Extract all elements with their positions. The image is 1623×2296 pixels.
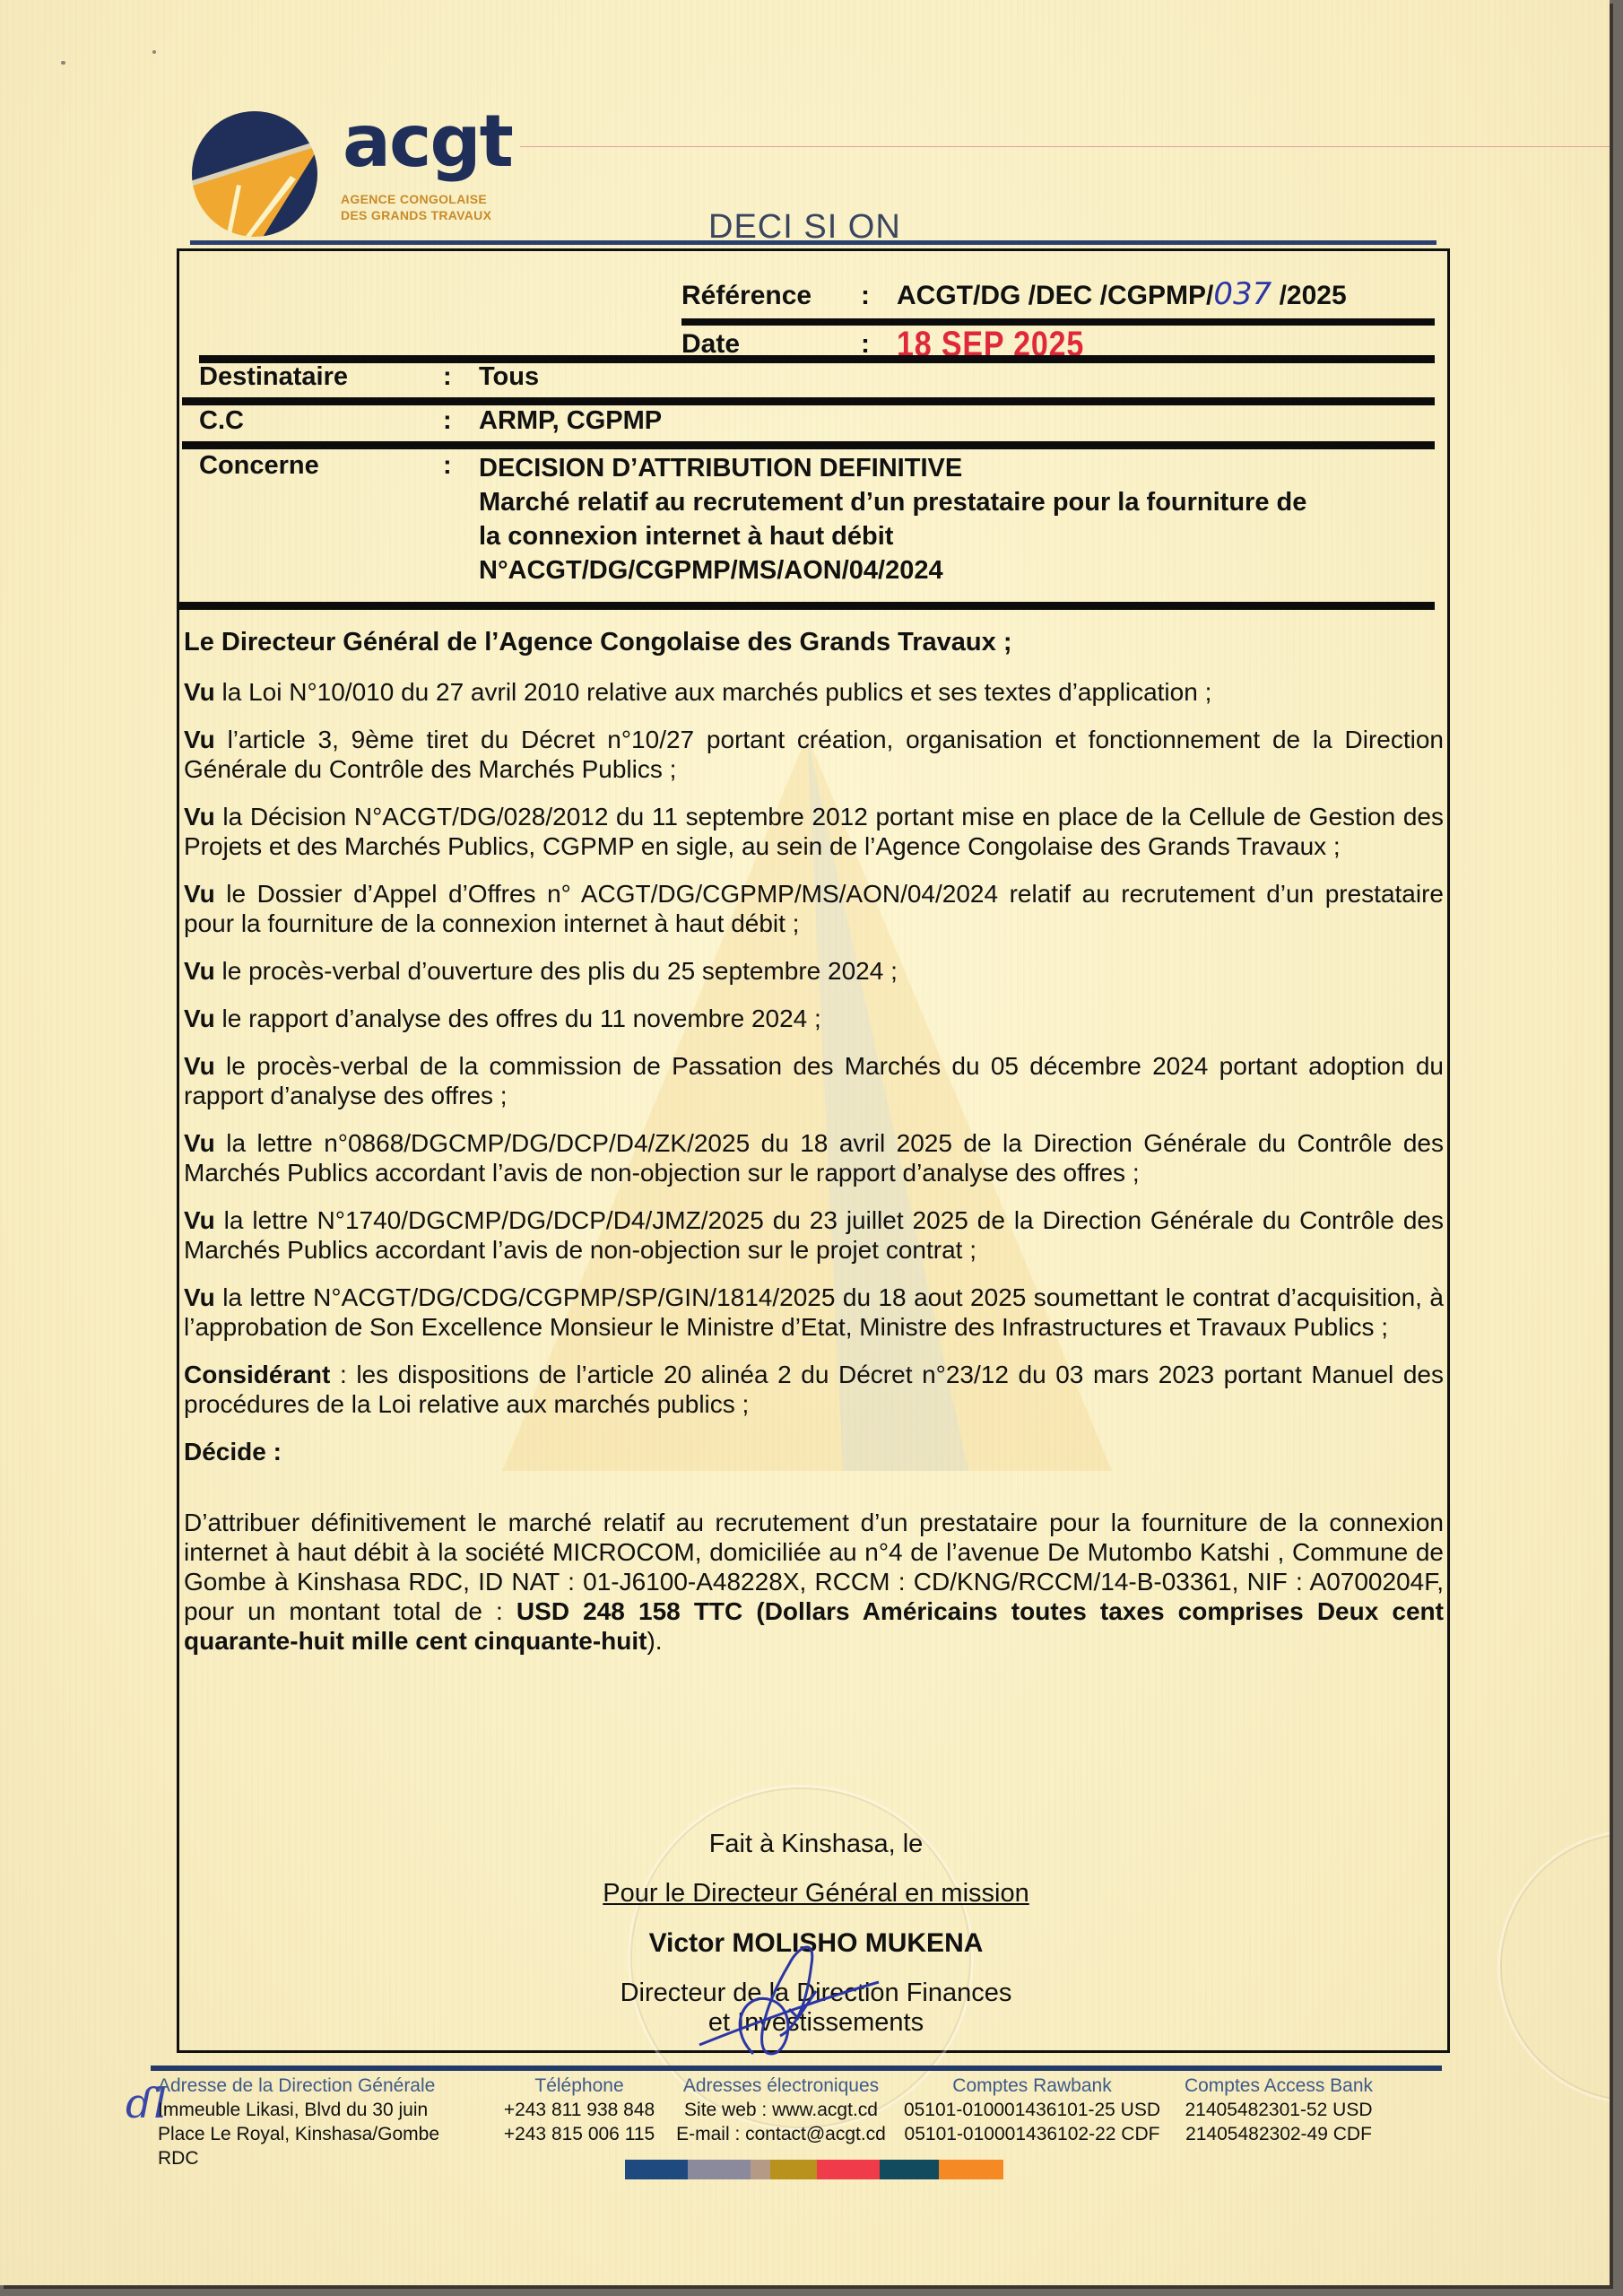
- color-swatch: [688, 2160, 751, 2179]
- color-swatch: [817, 2160, 880, 2179]
- separator: :: [443, 362, 479, 392]
- subject-line: la connexion internet à haut débit: [479, 519, 1435, 553]
- visa-paragraph: Vu la Loi N°10/010 du 27 avril 2010 rela…: [184, 677, 1444, 707]
- reference-value: ACGT/DG /DEC /CGPMP/037 /2025: [897, 276, 1435, 312]
- footer-phone-number[interactable]: +243 815 006 115: [485, 2122, 673, 2146]
- divider: [182, 441, 1435, 449]
- visa-lead: Vu: [184, 1004, 215, 1032]
- visa-lead: Vu: [184, 726, 215, 753]
- document-page: acgt AGENCE CONGOLAISE DES GRANDS TRAVAU…: [0, 0, 1610, 2285]
- footer-email-link[interactable]: E-mail : contact@acgt.cd: [673, 2122, 889, 2146]
- signature-on-behalf: Pour le Directeur Général en mission: [502, 1879, 1130, 1909]
- reference-block: Référence : ACGT/DG /DEC /CGPMP/037 /202…: [681, 276, 1435, 319]
- subject-row: Concerne: DECISION D’ATTRIBUTION DEFINIT…: [199, 451, 1435, 587]
- logo-subtitle-line: DES GRANDS TRAVAUX: [341, 207, 491, 223]
- color-swatch: [939, 2160, 1003, 2179]
- header-hairline: [520, 146, 1610, 147]
- footer-heading: Téléphone: [485, 2074, 673, 2098]
- embossed-seal: [1497, 1830, 1610, 2104]
- footer-line: Immeuble Likasi, Blvd du 30 juin: [158, 2098, 485, 2122]
- visa-paragraph: Considérant : les dispositions de l’arti…: [184, 1360, 1444, 1419]
- visa-paragraph: Vu le procès-verbal de la commission de …: [184, 1051, 1444, 1110]
- visa-lead: Vu: [184, 1206, 215, 1234]
- footer-account: 21405482302-49 CDF: [1176, 2122, 1382, 2146]
- footer-heading: Adresses électroniques: [673, 2074, 889, 2098]
- visa-text: la lettre N°ACGT/DG/CDG/CGPMP/SP/GIN/181…: [184, 1283, 1444, 1341]
- visa-lead: Vu: [184, 1129, 215, 1157]
- decide-label: Décide :: [184, 1437, 1444, 1466]
- visa-paragraph: Vu la Décision N°ACGT/DG/028/2012 du 11 …: [184, 802, 1444, 861]
- footer-heading: Adresse de la Direction Générale: [158, 2074, 485, 2098]
- subject-value: DECISION D’ATTRIBUTION DEFINITIVE Marché…: [479, 451, 1435, 587]
- visa-lead: Vu: [184, 1283, 215, 1311]
- logo-subtitle: AGENCE CONGOLAISE DES GRANDS TRAVAUX: [341, 191, 491, 223]
- subject-label: Concerne: [199, 451, 443, 587]
- visa-paragraph: Vu l’article 3, 9ème tiret du Décret n°1…: [184, 725, 1444, 784]
- visa-text: la Décision N°ACGT/DG/028/2012 du 11 sep…: [184, 803, 1444, 860]
- issuer-intro: Le Directeur Général de l’Agence Congola…: [184, 628, 1444, 657]
- visa-paragraph: Vu la lettre N°ACGT/DG/CDG/CGPMP/SP/GIN/…: [184, 1283, 1444, 1342]
- recipient-value: Tous: [479, 362, 1435, 392]
- visa-lead: Considérant: [184, 1361, 330, 1388]
- visa-text: la lettre N°1740/DGCMP/DG/DCP/D4/JMZ/202…: [184, 1206, 1444, 1264]
- footer-account: 21405482301-52 USD: [1176, 2098, 1382, 2122]
- header-rule: [190, 240, 1436, 245]
- separator: :: [861, 281, 897, 311]
- paper-speck: [61, 61, 65, 65]
- reference-suffix: /2025: [1271, 281, 1346, 310]
- visa-lead: Vu: [184, 880, 215, 908]
- reference-number-handwritten: 037: [1213, 276, 1271, 312]
- cc-value: ARMP, CGPMP: [479, 406, 1435, 436]
- reference-row: Référence : ACGT/DG /DEC /CGPMP/037 /202…: [681, 276, 1435, 319]
- subject-line: DECISION D’ATTRIBUTION DEFINITIVE: [479, 451, 1435, 485]
- footer-rawbank: Comptes Rawbank 05101-010001436101-25 US…: [889, 2074, 1176, 2170]
- subject-line: N°ACGT/DG/CGPMP/MS/AON/04/2024: [479, 553, 1435, 587]
- acgt-logo: acgt AGENCE CONGOLAISE DES GRANDS TRAVAU…: [190, 106, 513, 240]
- visa-lead: Vu: [184, 678, 215, 706]
- footer-account: 05101-010001436102-22 CDF: [889, 2122, 1176, 2146]
- visa-text: le procès-verbal d’ouverture des plis du…: [215, 957, 898, 985]
- visa-paragraph: Vu la lettre N°1740/DGCMP/DG/DCP/D4/JMZ/…: [184, 1205, 1444, 1265]
- visa-text: le Dossier d’Appel d’Offres n° ACGT/DG/C…: [184, 880, 1444, 937]
- footer-address: Adresse de la Direction Générale Immeubl…: [154, 2074, 485, 2170]
- visa-text: l’article 3, 9ème tiret du Décret n°10/2…: [184, 726, 1444, 783]
- visa-lead: Vu: [184, 957, 215, 985]
- subject-line: Marché relatif au recrutement d’un prest…: [479, 485, 1435, 519]
- decision-text: D’attribuer définitivement le marché rel…: [184, 1508, 1444, 1656]
- color-swatch: [751, 2160, 770, 2179]
- decision-end: ).: [647, 1627, 662, 1655]
- reference-label: Référence: [681, 281, 861, 311]
- footer-phone: Téléphone +243 811 938 848 +243 815 006 …: [485, 2074, 673, 2170]
- recipient-row: Destinataire:Tous: [199, 362, 1435, 392]
- recipient-label: Destinataire: [199, 362, 443, 392]
- visa-lead: Vu: [184, 1052, 215, 1080]
- cc-label: C.C: [199, 406, 443, 436]
- handwritten-signature-icon: [690, 1928, 888, 2063]
- visa-text: le procès-verbal de la commission de Pas…: [184, 1052, 1444, 1109]
- cc-row: C.C:ARMP, CGPMP: [199, 406, 1435, 436]
- visa-text: la Loi N°10/010 du 27 avril 2010 relativ…: [215, 678, 1212, 706]
- footer-heading: Comptes Access Bank: [1176, 2074, 1382, 2098]
- divider: [182, 397, 1435, 405]
- footer-heading: Comptes Rawbank: [889, 2074, 1176, 2098]
- visa-text: le rapport d’analyse des offres du 11 no…: [215, 1004, 821, 1032]
- color-swatch: [625, 2160, 688, 2179]
- logo-wordmark: acgt: [343, 106, 512, 178]
- visa-paragraph: Vu le procès-verbal d’ouverture des plis…: [184, 956, 1444, 986]
- separator: :: [443, 451, 479, 587]
- footer-electronic: Adresses électroniques Site web : www.ac…: [673, 2074, 889, 2170]
- footer-phone-number[interactable]: +243 811 938 848: [485, 2098, 673, 2122]
- footer-rule: [151, 2066, 1442, 2071]
- visa-text: la lettre n°0868/DGCMP/DG/DCP/D4/ZK/2025…: [184, 1129, 1444, 1187]
- acgt-logo-mark-icon: [190, 106, 320, 239]
- color-swatch: [770, 2160, 817, 2179]
- footer-account: 05101-010001436101-25 USD: [889, 2098, 1176, 2122]
- paper-speck: [152, 50, 156, 54]
- visa-paragraph: Vu la lettre n°0868/DGCMP/DG/DCP/D4/ZK/2…: [184, 1128, 1444, 1187]
- logo-subtitle-line: AGENCE CONGOLAISE: [341, 191, 491, 207]
- reference-prefix: ACGT/DG /DEC /CGPMP/: [897, 281, 1213, 310]
- footer-website-link[interactable]: Site web : www.acgt.cd: [673, 2098, 889, 2122]
- visa-paragraph: Vu le Dossier d’Appel d’Offres n° ACGT/D…: [184, 879, 1444, 938]
- visa-paragraph: Vu le rapport d’analyse des offres du 11…: [184, 1004, 1444, 1033]
- footer: Adresse de la Direction Générale Immeubl…: [154, 2074, 1454, 2170]
- visa-lead: Vu: [184, 803, 215, 831]
- footer-access-bank: Comptes Access Bank 21405482301-52 USD 2…: [1176, 2074, 1382, 2170]
- visa-list: Vu la Loi N°10/010 du 27 avril 2010 rela…: [184, 677, 1444, 1419]
- color-swatch: [880, 2160, 939, 2179]
- separator: :: [443, 406, 479, 436]
- visa-text: : les dispositions de l’article 20 aliné…: [184, 1361, 1444, 1418]
- decision-body: Le Directeur Général de l’Agence Congola…: [184, 628, 1444, 1674]
- brand-color-bar: [625, 2160, 1003, 2179]
- footer-line: Place Le Royal, Kinshasa/Gombe RDC: [158, 2122, 485, 2170]
- signature-place: Fait à Kinshasa, le: [502, 1830, 1130, 1859]
- divider: [179, 602, 1435, 610]
